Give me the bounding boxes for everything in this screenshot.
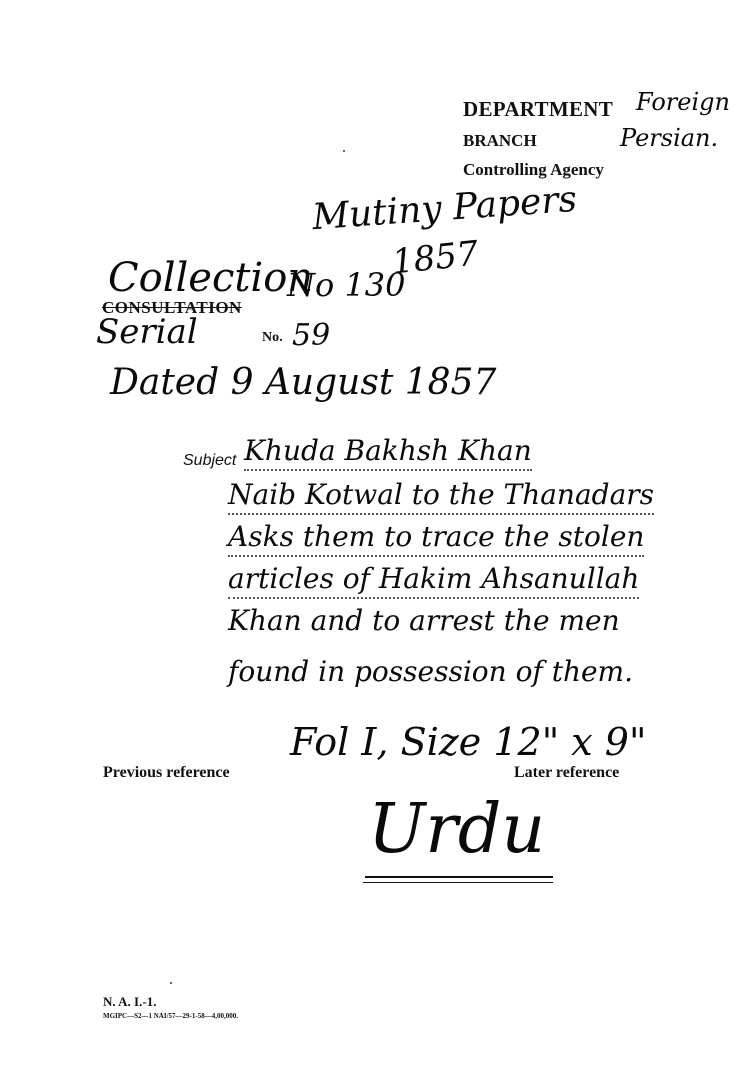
- collection-number: No 130: [287, 266, 406, 304]
- subject-line: Naib Kotwal to the Thanadars: [228, 478, 654, 515]
- branch-label: BRANCH: [463, 131, 537, 151]
- scan-speck: [343, 150, 345, 152]
- serial-label: Serial: [96, 312, 198, 352]
- serial-no-label: No.: [262, 330, 283, 346]
- subject-line: Asks them to trace the stolen: [228, 520, 644, 557]
- collection-title: Mutiny Papers: [311, 179, 578, 238]
- subject-line: found in possession of them.: [228, 655, 633, 690]
- department-label: DEPARTMENT: [463, 97, 613, 122]
- collection-label: Collection: [108, 255, 313, 301]
- scan-speck: [170, 982, 172, 984]
- underline-rule: [363, 882, 553, 883]
- dated-line: Dated 9 August 1857: [110, 362, 496, 403]
- serial-number: 59: [292, 318, 330, 353]
- underline-rule: [365, 876, 553, 878]
- branch-value: Persian.: [620, 124, 718, 152]
- subject-line: Khuda Bakhsh Khan: [244, 434, 532, 471]
- subject-line: articles of Hakim Ahsanullah: [228, 562, 639, 599]
- print-code: MGIPC—S2—1 NAI/57—29-1-58—4,00,000.: [103, 1012, 238, 1020]
- department-value: Foreign: [636, 88, 730, 116]
- language-annotation: Urdu: [368, 790, 545, 869]
- form-code: N. A. I.-1.: [103, 994, 156, 1010]
- previous-reference-label: Previous reference: [103, 764, 230, 782]
- subject-line: Khan and to arrest the men: [228, 604, 620, 639]
- folio-size: Fol I, Size 12" x 9": [290, 720, 646, 764]
- later-reference-label: Later reference: [514, 764, 619, 782]
- subject-label: Subject: [183, 452, 236, 470]
- controlling-agency-label: Controlling Agency: [463, 160, 604, 180]
